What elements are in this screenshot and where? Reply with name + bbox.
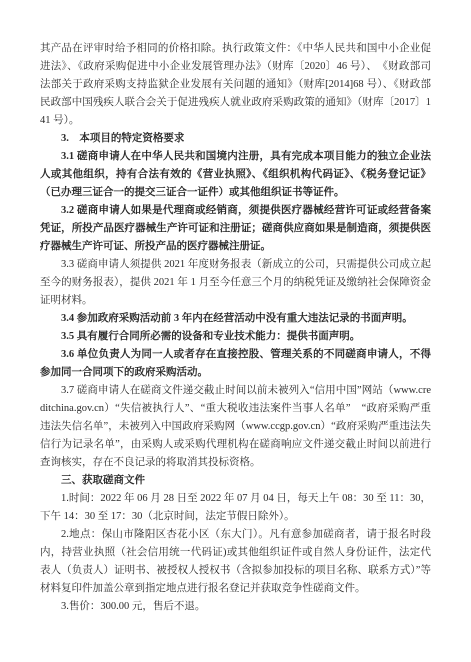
section-heading-obtain-documents: 三、获取磋商文件 (40, 472, 431, 490)
clause-location: 2.地点：保山市隆阳区杏花小区（东大门）。凡有意参加磋商者，请于报名时段内，持营… (40, 526, 431, 598)
clause-time: 1.时间：2022 年 06 月 28 日至 2022 年 07 月 04 日，… (40, 490, 431, 526)
clause-3-4: 3.4 参加政府采购活动前 3 年内在经营活动中没有重大违法记录的书面声明。 (40, 310, 431, 328)
clause-3-7: 3.7 磋商申请人在磋商文件递交截止时间以前未被列入“信用中国”网站（www.c… (40, 382, 431, 472)
policy-continuation-paragraph: 其产品在评审时给予相同的价格扣除。执行政策文件：《中华人民共和国中小企业促进法》… (40, 40, 431, 130)
clause-3-5: 3.5 具有履行合同所必需的设备和专业技术能力：提供书面声明。 (40, 328, 431, 346)
clause-3-6: 3.6 单位负责人为同一人或者存在直接控股、管理关系的不同磋商申请人，不得参加同… (40, 346, 431, 382)
clause-3-3: 3.3 磋商申请人须提供 2021 年度财务报表（新成立的公司，只需提供公司成立… (40, 256, 431, 310)
clause-3-2: 3.2 磋商申请人如果是代理商或经销商，须提供医疗器械经营许可证或经营备案凭证，… (40, 202, 431, 256)
section3-subheading: 3. 本项目的特定资格要求 (40, 130, 431, 148)
clause-price: 3.售价：300.00 元，售后不退。 (40, 598, 431, 616)
document-page: 其产品在评审时给予相同的价格扣除。执行政策文件：《中华人民共和国中小企业促进法》… (0, 0, 471, 662)
clause-3-1: 3.1 磋商申请人在中华人民共和国境内注册，具有完成本项目能力的独立企业法人或其… (40, 148, 431, 202)
